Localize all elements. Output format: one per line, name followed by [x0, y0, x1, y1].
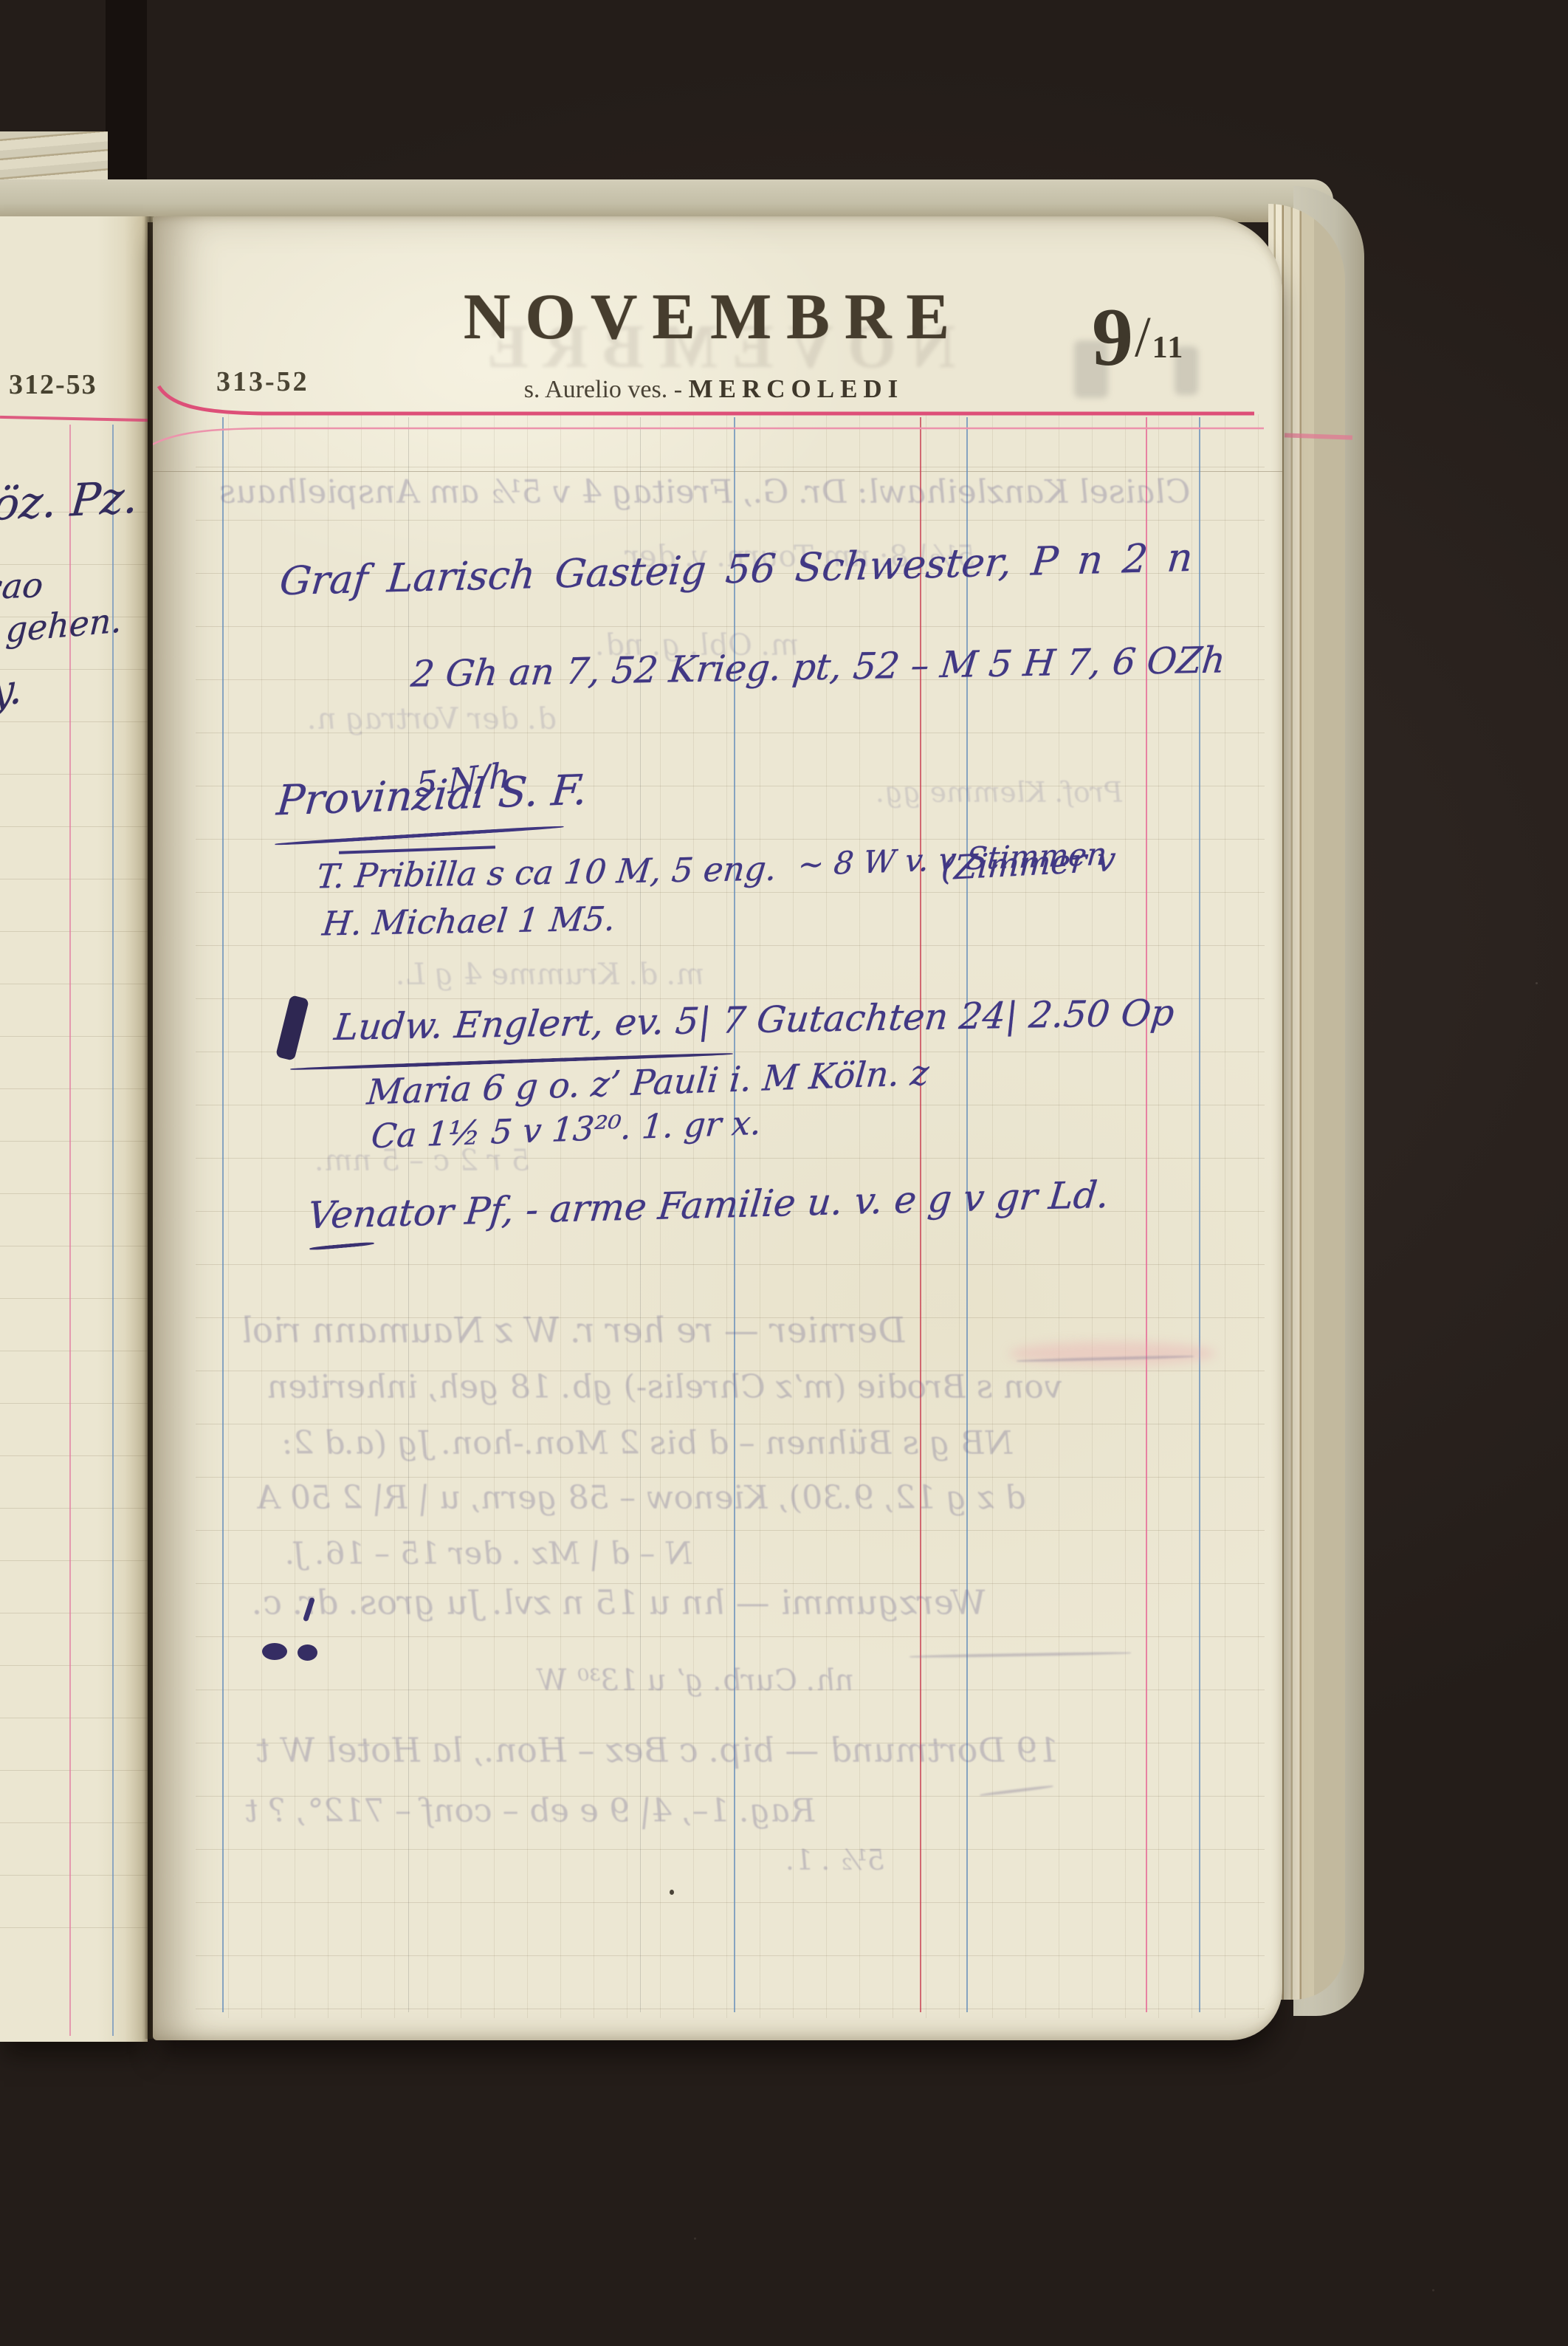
saint-and-weekday-row: s. Aurelio ves. - MERCOLEDI [396, 374, 1031, 404]
bleedthrough-fragment: m. d. Krumme 4 g L. [395, 958, 706, 992]
bleedthrough-line: Werzgummi — hn u 15 n zvl. Ju gros. dr. … [250, 1582, 988, 1622]
handwriting-fragment: acao [0, 565, 45, 608]
ink-speck [670, 1890, 674, 1895]
saint-of-day: s. Aurelio ves. [524, 376, 668, 403]
previous-page-grid-lines [0, 460, 148, 1974]
bleedthrough-line: N – d | Mz . der 15 – 16. J. [283, 1535, 694, 1571]
bleedthrough-line: Dernier — re her r. W z Naumann riol [239, 1311, 907, 1351]
top-margin-line [153, 471, 1282, 472]
ink-dot [262, 1643, 287, 1660]
bleedthrough-line: Rag. 1–, 4| 9 e eb – conf – 712°, ? t [243, 1792, 817, 1830]
spine-gap [106, 0, 147, 191]
month-title: NOVEMBRE [433, 280, 994, 354]
bleedthrough-line: von s Brodie (m’z Chrelis-) gb. 18 geh, … [265, 1368, 1064, 1406]
entry-pribilla-line: T. Pribilla s ca 10 M, 5 eng. [314, 849, 778, 896]
month-number: 11 [1152, 331, 1185, 365]
previous-page-blue-column-line [112, 425, 114, 2036]
handwriting-fragment: Döz. Pz. [0, 471, 140, 532]
bleedthrough-fragment: Prof. Klemme gg. [875, 776, 1124, 809]
previous-page-sliver: 312-53 Döz. Pz. acao – gehen. y. [0, 216, 148, 2042]
blue-column-line [222, 417, 224, 2012]
pink-smudge [1009, 1342, 1216, 1365]
bleedthrough-line: Claisel Kanzleihawl: Dr. G., Freitag 4 v… [217, 473, 1192, 511]
handwriting-fragment: y. [0, 665, 22, 717]
date-slash: / [1135, 304, 1151, 368]
diary-photo: 312-53 Döz. Pz. acao – gehen. y. NOVEMBR… [0, 0, 1568, 2346]
ink-dot [298, 1644, 317, 1661]
bleedthrough-line: 19 Dortmund — bip. c Bez – Hon., la Hote… [254, 1730, 1061, 1770]
bleedthrough-fragment: 5½ . 1. [785, 1844, 887, 1876]
date-display: 9/11 [1092, 296, 1184, 379]
previous-page-number: 312-53 [9, 368, 97, 401]
bleedthrough-fragment: d. der Vortrag n. [306, 702, 558, 736]
bleedthrough-line: nh. Curb. g’ u 13³⁰ W [535, 1664, 856, 1698]
previous-page-pink-rule [0, 416, 148, 422]
previous-page-pink-column-line [69, 425, 71, 2036]
weekday-label: MERCOLEDI [689, 374, 904, 403]
bleedthrough-line: NB g s Bühnen – d bis 2 Mon.-hon. Jg (a.… [280, 1424, 1015, 1462]
page-number: 313-52 [216, 366, 309, 398]
day-number: 9 [1092, 292, 1133, 383]
entry-michael-line: H. Michael 1 M5. [320, 899, 617, 943]
separator: - [667, 376, 688, 403]
diary-page: NOVEMBRE NOVEMBRE 313-52 s. Aurelio ves.… [153, 216, 1282, 2040]
bleedthrough-line: d z g 12, 9.30), Kienow – 58 gern, u | R… [254, 1479, 1028, 1517]
